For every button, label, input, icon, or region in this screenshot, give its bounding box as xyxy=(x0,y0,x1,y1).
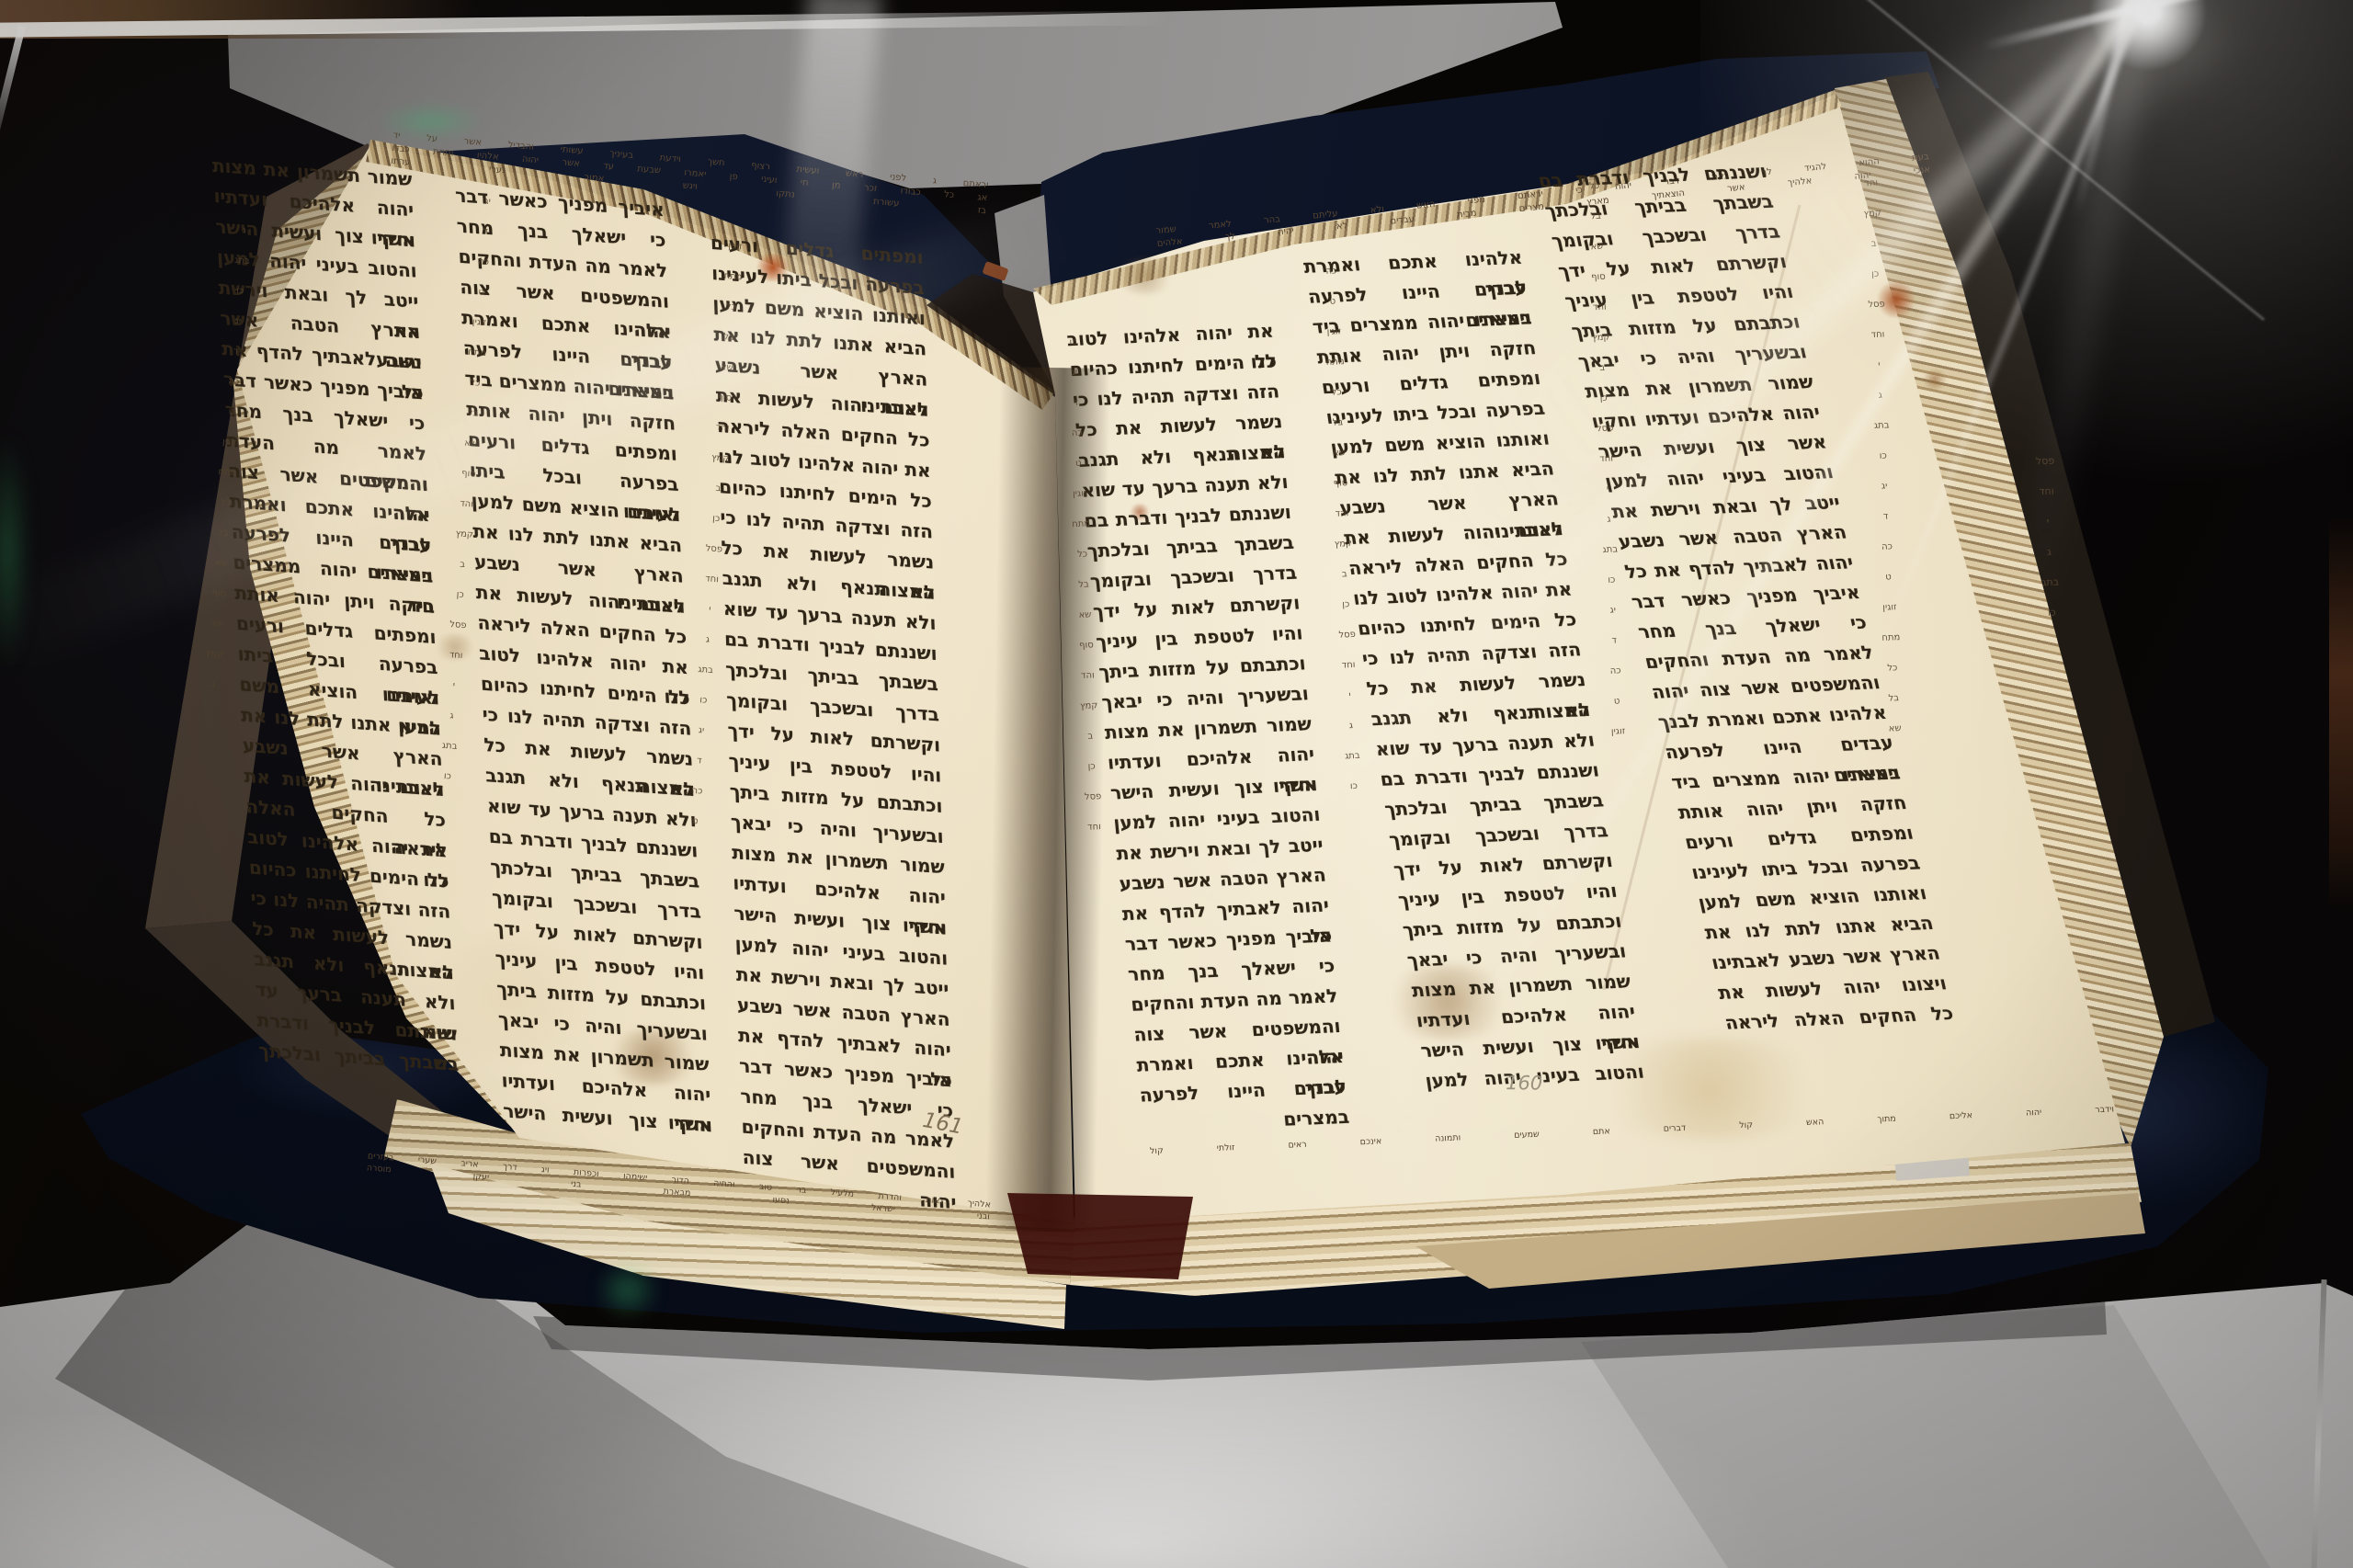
museum-exhibit-photo: יראתם ג לפני ראש ועשית רצוף חשך וידעת בע… xyxy=(0,0,2353,1568)
photo-vignette xyxy=(0,0,2353,1568)
